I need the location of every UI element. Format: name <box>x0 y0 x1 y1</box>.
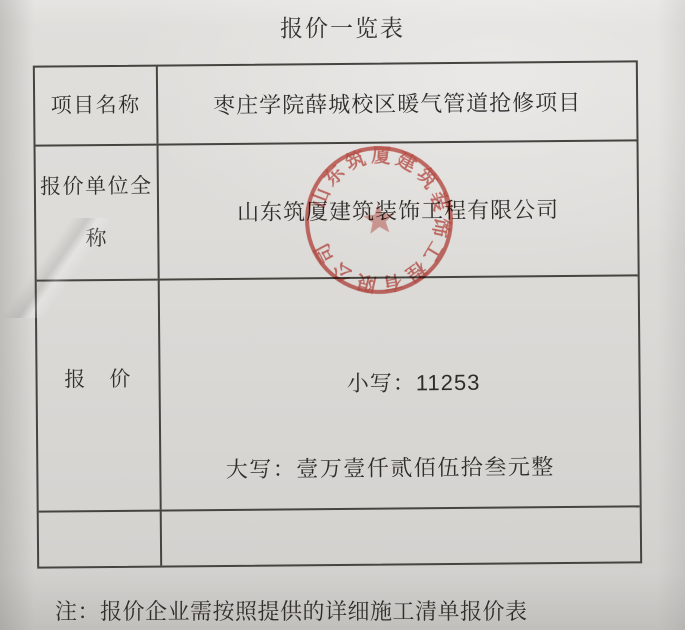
quotation-amount-numeric: 小写：11253 <box>174 364 652 399</box>
table-row-project-name: 项目名称 枣庄学院薛城校区暖气管道抢修项目 <box>35 62 637 144</box>
bidder-name-value: 山东筑厦建筑装饰工程有限公司 <box>237 193 559 227</box>
empty-label <box>42 539 156 540</box>
scanned-document: 报价一览表 项目名称 枣庄学院薛城校区暖气管道抢修项目 报价单位全称 山东筑厦建… <box>0 0 685 630</box>
document-title: 报价一览表 <box>0 10 685 43</box>
quotation-table: 项目名称 枣庄学院薛城校区暖气管道抢修项目 报价单位全称 山东筑厦建筑装饰工程有… <box>33 60 642 568</box>
empty-label-cell <box>39 512 162 567</box>
bidder-name-value-cell: 山东筑厦建筑装饰工程有限公司 <box>159 141 638 278</box>
project-name-value-cell: 枣庄学院薛城校区暖气管道抢修项目 <box>158 62 637 143</box>
empty-value-cell <box>162 507 640 565</box>
table-row-bidder-name: 报价单位全称 山东筑厦建筑装饰工程有限公司 <box>36 139 638 279</box>
table-row-empty <box>39 505 640 566</box>
quotation-amount-capital: 大写：壹万壹仟贰佰伍拾叁元整 <box>151 449 629 484</box>
bidder-name-label-cell: 报价单位全称 <box>36 146 160 280</box>
project-name-label-cell: 项目名称 <box>35 67 159 145</box>
table-row-quotation: 报 价 小写：11253 大写：壹万壹仟贰佰伍拾叁元整 <box>37 274 640 510</box>
quotation-value-cell: 小写：11253 大写：壹万壹仟贰佰伍拾叁元整 <box>160 276 640 509</box>
quotation-label-cell: 报 价 <box>37 281 162 511</box>
project-name-label: 项目名称 <box>38 79 152 132</box>
footer-note: 注：报价企业需按照提供的详细施工清单报价表 <box>55 595 528 626</box>
project-name-value: 枣庄学院薛城校区暖气管道抢修项目 <box>213 86 581 120</box>
quotation-label: 报 价 <box>41 367 155 394</box>
bidder-name-label: 报价单位全称 <box>39 160 154 265</box>
